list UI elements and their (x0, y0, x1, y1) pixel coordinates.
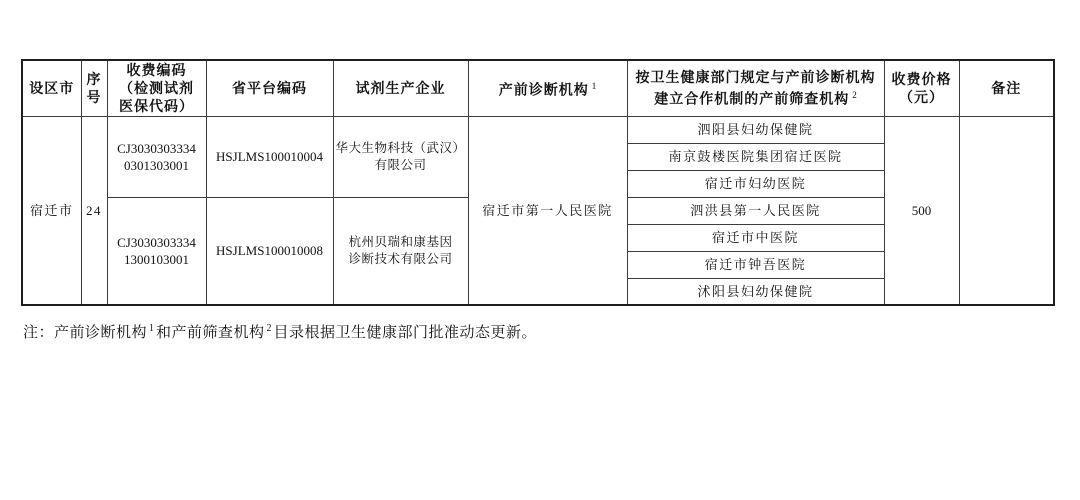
header-screening-org-line1: 按卫生健康部门规定与产前诊断机构 (630, 68, 882, 86)
footnote-middle: 和产前筛查机构 (156, 325, 265, 341)
cell-city: 宿迁市 (22, 116, 81, 305)
cell-screening-org: 泗阳县妇幼保健院 (627, 116, 884, 143)
header-fee-code-line1: 收费编码 (110, 61, 204, 79)
header-screening-org: 按卫生健康部门规定与产前诊断机构 建立合作机制的产前筛查机构2 (627, 60, 884, 116)
document-page: 设区市 序号 收费编码 （检测试剂 医保代码） 省平台编码 试剂生产企业 产前诊… (0, 0, 1080, 500)
footnote-suffix: 目录根据卫生健康部门批准动态更新。 (274, 325, 538, 341)
header-screening-org-line2-text: 建立合作机制的产前筛查机构 (654, 91, 849, 107)
header-manufacturer: 试剂生产企业 (333, 60, 468, 116)
header-diagnosis-org: 产前诊断机构1 (468, 60, 627, 116)
table-row: 宿迁市 24 CJ3030303334 0301303001 HSJLMS100… (22, 116, 1054, 143)
cell-fee-code-2: CJ3030303334 1300103001 (107, 197, 206, 305)
header-platform-code: 省平台编码 (206, 60, 333, 116)
cell-screening-org: 宿迁市妇幼医院 (627, 170, 884, 197)
footnote: 注：产前诊断机构1和产前筛查机构2目录根据卫生健康部门批准动态更新。 (23, 321, 537, 342)
header-row: 设区市 序号 收费编码 （检测试剂 医保代码） 省平台编码 试剂生产企业 产前诊… (22, 60, 1054, 116)
manufacturer-1-line1: 华大生物科技（武汉） (336, 140, 466, 157)
cell-screening-org: 沭阳县妇幼保健院 (627, 278, 884, 305)
cell-platform-code-2: HSJLMS100010008 (206, 197, 333, 305)
header-remark: 备注 (959, 60, 1054, 116)
manufacturer-2-line1: 杭州贝瑞和康基因 (336, 234, 466, 251)
cell-screening-org: 南京鼓楼医院集团宿迁医院 (627, 143, 884, 170)
header-seq: 序号 (81, 60, 107, 116)
header-diagnosis-org-text: 产前诊断机构 (499, 82, 589, 98)
header-city: 设区市 (22, 60, 81, 116)
header-screening-org-line2: 建立合作机制的产前筛查机构2 (630, 86, 882, 108)
header-fee-code-line3: 医保代码） (110, 97, 204, 115)
cell-manufacturer-2: 杭州贝瑞和康基因 诊断技术有限公司 (333, 197, 468, 305)
cell-screening-org: 宿迁市中医院 (627, 224, 884, 251)
header-price: 收费价格 （元） (884, 60, 959, 116)
footnote-marker-2: 2 (267, 323, 272, 334)
cell-seq: 24 (81, 116, 107, 305)
header-fee-code-line2: （检测试剂 (110, 79, 204, 97)
cell-fee-code-1: CJ3030303334 0301303001 (107, 116, 206, 197)
cell-manufacturer-1: 华大生物科技（武汉） 有限公司 (333, 116, 468, 197)
fee-code-2-line1: CJ3030303334 (110, 234, 204, 251)
manufacturer-2-line2: 诊断技术有限公司 (336, 251, 466, 268)
manufacturer-1-line2: 有限公司 (336, 157, 466, 174)
cell-price: 500 (884, 116, 959, 305)
cell-platform-code-1: HSJLMS100010004 (206, 116, 333, 197)
cell-screening-org: 泗洪县第一人民医院 (627, 197, 884, 224)
cell-diagnosis-org: 宿迁市第一人民医院 (468, 116, 627, 305)
header-price-line2: （元） (887, 88, 957, 106)
cell-screening-org: 宿迁市钟吾医院 (627, 251, 884, 278)
header-fee-code: 收费编码 （检测试剂 医保代码） (107, 60, 206, 116)
cell-remark (959, 116, 1054, 305)
footnote-marker-1: 1 (592, 81, 597, 91)
fee-code-2-line2: 1300103001 (110, 251, 204, 268)
footnote-prefix: 注：产前诊断机构 (23, 325, 147, 341)
fee-code-1-line2: 0301303001 (110, 157, 204, 174)
footnote-marker-2: 2 (852, 90, 857, 100)
header-price-line1: 收费价格 (887, 70, 957, 88)
footnote-marker-1: 1 (149, 323, 154, 334)
prenatal-screening-fee-table: 设区市 序号 收费编码 （检测试剂 医保代码） 省平台编码 试剂生产企业 产前诊… (21, 59, 1055, 306)
fee-code-1-line1: CJ3030303334 (110, 140, 204, 157)
